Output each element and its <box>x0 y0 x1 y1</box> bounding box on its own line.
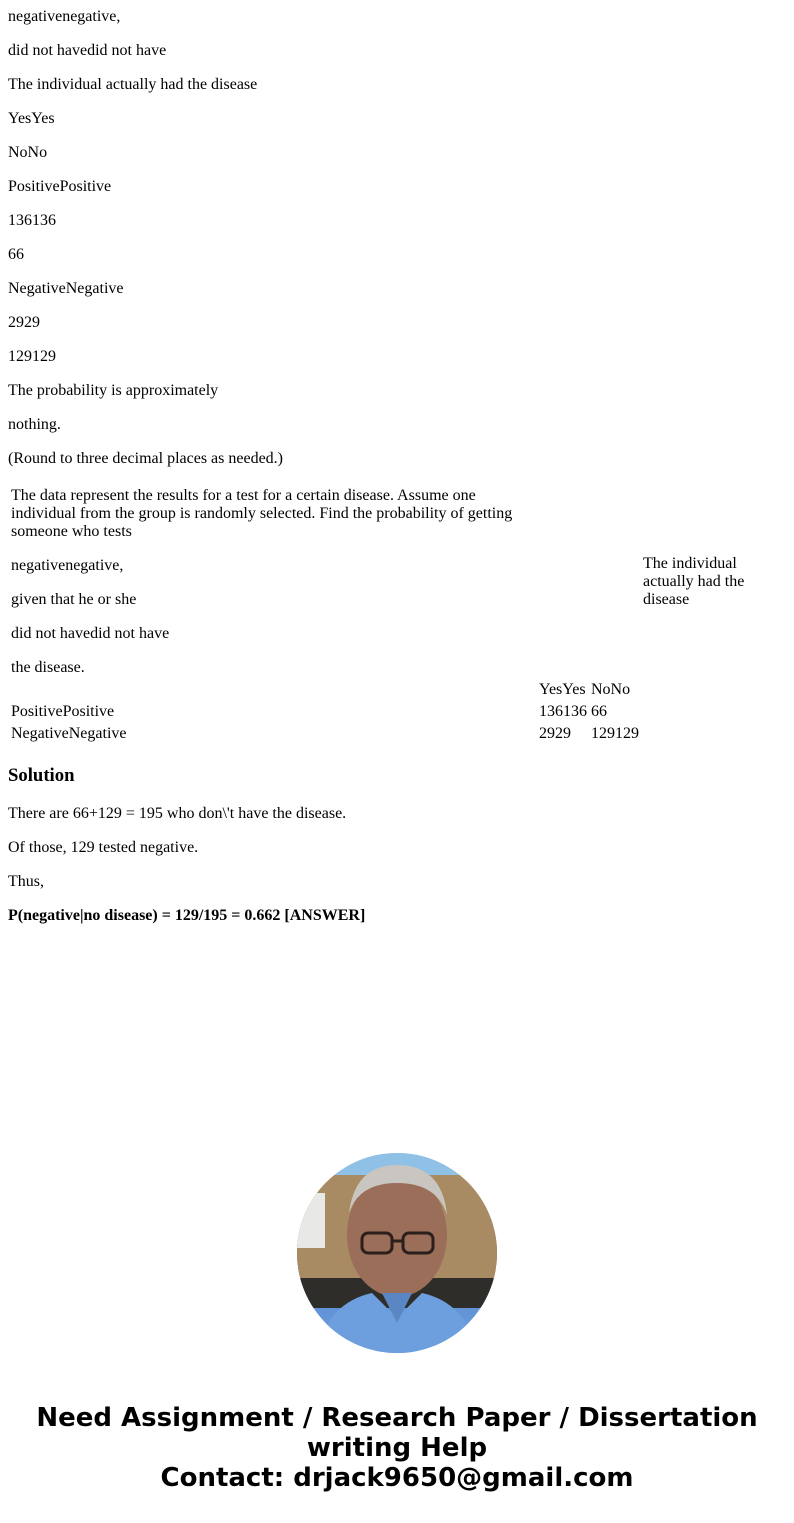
text-line: 129129 <box>8 348 56 366</box>
problem-line: did not havedid not have <box>11 625 169 643</box>
text-line: The individual actually had the disease <box>8 76 257 94</box>
promo-banner: Need Assignment / Research Paper / Disse… <box>0 1403 794 1493</box>
problem-intro: The data represent the results for a tes… <box>11 487 531 541</box>
text-line: 136136 <box>8 212 56 230</box>
text-line: PositivePositive <box>8 178 111 196</box>
cell-negative-no: 129129 <box>591 725 639 743</box>
text-line: 66 <box>8 246 24 264</box>
text-line: NegativeNegative <box>8 280 124 298</box>
cell-positive-yes: 136136 <box>539 703 587 721</box>
problem-line: the disease. <box>11 659 85 677</box>
problem-line: negativenegative, <box>11 557 123 575</box>
author-avatar <box>297 1153 497 1353</box>
text-line: The probability is approximately <box>8 382 218 400</box>
col-header-yes: YesYes <box>539 681 586 699</box>
solution-line: Of those, 129 tested negative. <box>8 839 198 857</box>
problem-line: given that he or she <box>11 591 136 609</box>
text-line: YesYes <box>8 110 55 128</box>
cell-negative-yes: 2929 <box>539 725 571 743</box>
row-label-positive: PositivePositive <box>11 703 114 721</box>
row-label-negative: NegativeNegative <box>11 725 127 743</box>
column-group-header: The individual actually had the disease <box>643 555 773 609</box>
solution-heading: Solution <box>8 765 74 787</box>
text-line: NoNo <box>8 144 47 162</box>
promo-line: writing Help <box>0 1433 794 1463</box>
promo-line: Need Assignment / Research Paper / Disse… <box>0 1403 794 1433</box>
promo-contact: Contact: drjack9650@gmail.com <box>0 1463 794 1493</box>
text-line: (Round to three decimal places as needed… <box>8 450 283 468</box>
text-line: negativenegative, <box>8 8 120 26</box>
text-line: 2929 <box>8 314 40 332</box>
person-portrait-icon <box>297 1153 497 1353</box>
solution-answer: P(negative|no disease) = 129/195 = 0.662… <box>8 907 365 925</box>
text-line: nothing. <box>8 416 61 434</box>
cell-positive-no: 66 <box>591 703 607 721</box>
col-header-no: NoNo <box>591 681 630 699</box>
solution-line: There are 66+129 = 195 who don\'t have t… <box>8 805 346 823</box>
solution-line: Thus, <box>8 873 44 891</box>
text-line: did not havedid not have <box>8 42 166 60</box>
